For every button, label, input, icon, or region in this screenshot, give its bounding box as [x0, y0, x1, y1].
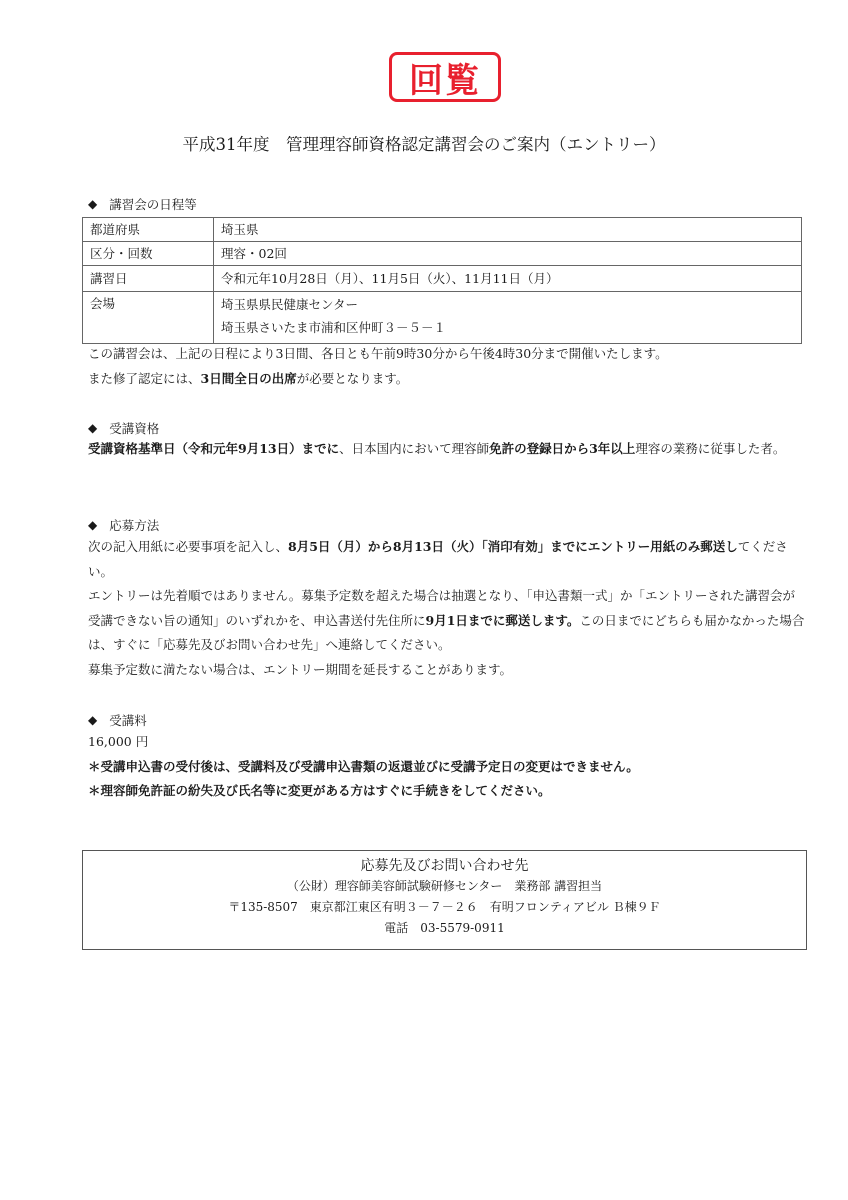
text: また修了認定には、: [88, 371, 201, 386]
document-title: 平成31年度 管理理容師資格認定講習会のご案内（エントリー）: [0, 131, 848, 155]
schedule-notes: この講習会は、上記の日程により3日間、各日とも午前9時30分から午後4時30分ま…: [88, 342, 806, 391]
section-title: 受講料: [109, 711, 147, 729]
row-value: 理容・02回: [214, 242, 802, 266]
text: 次の記入用紙に必要事項を記入し、: [88, 539, 288, 554]
bold-text: 受講資格基準日（令和元年9月13日）までに: [88, 441, 339, 456]
row-key: 会場: [83, 292, 214, 344]
diamond-icon: ◆: [88, 421, 97, 435]
venue-address: 埼玉県さいたま市浦和区仲町３－５－１: [221, 316, 794, 339]
text: 理容の業務に従事した者。: [635, 441, 785, 456]
contact-org: （公財）理容師美容師試験研修センター 業務部 講習担当: [83, 876, 806, 897]
section-heading-fee: ◆ 受講料: [88, 711, 147, 729]
application-p1: 次の記入用紙に必要事項を記入し、8月5日（月）から8月13日（火）「消印有効」ま…: [88, 535, 806, 584]
circulation-stamp: 回覧: [389, 52, 501, 102]
application-p3: 募集予定数に満たない場合は、エントリー期間を延長することがあります。: [88, 658, 806, 683]
table-row: 講習日 令和元年10月28日（月）、11月5日（火）、11月11日（月）: [83, 266, 802, 292]
row-value: 埼玉県県民健康センター 埼玉県さいたま市浦和区仲町３－５－１: [214, 292, 802, 344]
section-title: 講習会の日程等: [109, 195, 197, 213]
table-row: 都道府県 埼玉県: [83, 218, 802, 242]
schedule-table: 都道府県 埼玉県 区分・回数 理容・02回 講習日 令和元年10月28日（月）、…: [82, 217, 802, 344]
fee-amount: 16,000 円: [88, 730, 806, 755]
row-key: 区分・回数: [83, 242, 214, 266]
section-title: 応募方法: [109, 516, 159, 534]
row-key: 講習日: [83, 266, 214, 292]
bold-text: 9月1日までに郵送します。: [426, 613, 580, 628]
bold-text: 8月5日（月）から8月13日（火）「消印有効」までにエントリー用紙のみ郵送し: [288, 539, 738, 554]
diamond-icon: ◆: [88, 713, 97, 727]
stamp-text: 回覧: [409, 53, 481, 102]
contact-address: 〒135-8507 東京都江東区有明３－７－２６ 有明フロンティアビル Ｂ棟９Ｆ: [83, 897, 806, 918]
bold-text: 免許の登録日から3年以上: [489, 441, 635, 456]
section-heading-schedule: ◆ 講習会の日程等: [88, 195, 197, 213]
section-heading-application: ◆ 応募方法: [88, 516, 159, 534]
contact-phone: 電話 03-5579-0911: [83, 918, 806, 939]
eligibility-text: 受講資格基準日（令和元年9月13日）までに、日本国内において理容師免許の登録日か…: [88, 437, 806, 462]
bold-text: 3日間全日の出席: [201, 371, 297, 386]
row-value: 令和元年10月28日（月）、11月5日（火）、11月11日（月）: [214, 266, 802, 292]
venue-name: 埼玉県県民健康センター: [221, 293, 794, 316]
contact-box: 応募先及びお問い合わせ先 （公財）理容師美容師試験研修センター 業務部 講習担当…: [82, 850, 807, 950]
contact-heading: 応募先及びお問い合わせ先: [83, 856, 806, 876]
table-row: 会場 埼玉県県民健康センター 埼玉県さいたま市浦和区仲町３－５－１: [83, 292, 802, 344]
schedule-note-1: この講習会は、上記の日程により3日間、各日とも午前9時30分から午後4時30分ま…: [88, 342, 806, 367]
fee-note-1: ＊受講申込書の受付後は、受講料及び受講申込書類の返還並びに受講予定日の変更はでき…: [88, 755, 806, 780]
table-row: 区分・回数 理容・02回: [83, 242, 802, 266]
application-text: 次の記入用紙に必要事項を記入し、8月5日（月）から8月13日（火）「消印有効」ま…: [88, 535, 806, 682]
text: 、日本国内において理容師: [339, 441, 489, 456]
row-value: 埼玉県: [214, 218, 802, 242]
diamond-icon: ◆: [88, 518, 97, 532]
section-heading-eligibility: ◆ 受講資格: [88, 419, 159, 437]
section-title: 受講資格: [109, 419, 159, 437]
application-p2: エントリーは先着順ではありません。募集予定数を超えた場合は抽選となり、「申込書類…: [88, 584, 806, 658]
diamond-icon: ◆: [88, 197, 97, 211]
row-key: 都道府県: [83, 218, 214, 242]
text: が必要となります。: [297, 371, 409, 386]
fee-note-2: ＊理容師免許証の紛失及び氏名等に変更がある方はすぐに手続きをしてください。: [88, 779, 806, 804]
fee-text: 16,000 円 ＊受講申込書の受付後は、受講料及び受講申込書類の返還並びに受講…: [88, 730, 806, 804]
schedule-note-2: また修了認定には、3日間全日の出席が必要となります。: [88, 367, 806, 392]
